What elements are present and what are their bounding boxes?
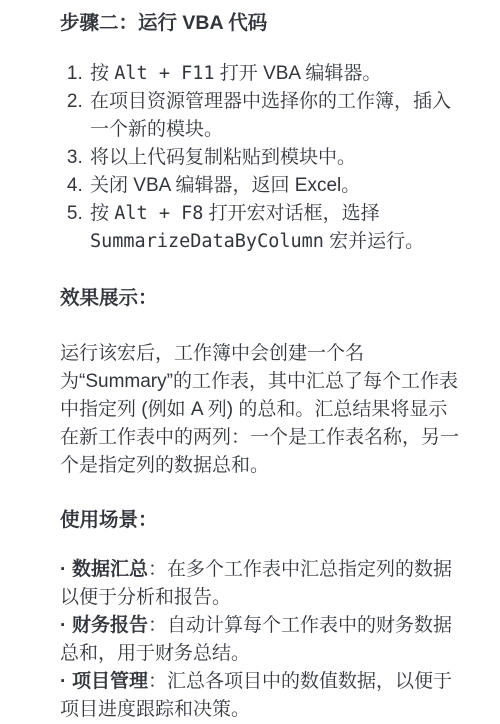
- section-title-usage: 使用场景：: [60, 506, 460, 534]
- section-title-effect: 效果展示：: [60, 284, 460, 312]
- step-text: 打开 VBA 编辑器。: [215, 63, 382, 84]
- use-cases-list: 数据汇总：在多个工作表中汇总指定列的数据以便于分析和报告。 财务报告：自动计算每…: [60, 556, 460, 724]
- effect-paragraph: 运行该宏后，工作簿中会创建一个名为“Summary”的工作表，其中汇总了每个工作…: [60, 340, 460, 480]
- step-item-5: 按 Alt + F8 打开宏对话框，选择 SummarizeDataByColu…: [88, 200, 460, 256]
- use-case-item-project-management: 项目管理：汇总各项目中的数值数据，以便于项目进度跟踪和决策。: [60, 668, 460, 724]
- use-case-term: 财务报告: [72, 615, 148, 636]
- step-text: 打开宏对话框，选择: [203, 203, 379, 224]
- step-item-3: 将以上代码复制粘贴到模块中。: [88, 144, 460, 172]
- inline-code-alt-f11: Alt + F11: [114, 63, 214, 84]
- inline-code-alt-f8: Alt + F8: [114, 203, 203, 224]
- section-title-step2: 步骤二：运行 VBA 代码: [60, 9, 460, 37]
- step-item-4: 关闭 VBA 编辑器，返回 Excel。: [88, 172, 460, 200]
- step-text: 在项目资源管理器中选择你的工作簿，插入一个新的模块。: [90, 91, 451, 140]
- use-case-term: 项目管理: [72, 671, 148, 692]
- inline-code-macro-name: SummarizeDataByColumn: [90, 231, 324, 252]
- step-text: 按: [90, 203, 114, 224]
- step-item-1: 按 Alt + F11 打开 VBA 编辑器。: [88, 60, 460, 88]
- step-text: 宏并运行。: [324, 231, 424, 252]
- step-text: 关闭 VBA 编辑器，返回 Excel。: [90, 175, 360, 196]
- article: 步骤二：运行 VBA 代码 按 Alt + F11 打开 VBA 编辑器。 在项…: [0, 0, 500, 724]
- step-text: 按: [90, 63, 114, 84]
- use-case-item-financial-report: 财务报告：自动计算每个工作表中的财务数据总和，用于财务总结。: [60, 612, 460, 668]
- use-case-term: 数据汇总: [72, 559, 148, 580]
- steps-list: 按 Alt + F11 打开 VBA 编辑器。 在项目资源管理器中选择你的工作簿…: [60, 60, 460, 256]
- step-item-2: 在项目资源管理器中选择你的工作簿，插入一个新的模块。: [88, 88, 460, 144]
- use-case-item-data-summary: 数据汇总：在多个工作表中汇总指定列的数据以便于分析和报告。: [60, 556, 460, 612]
- step-text: 将以上代码复制粘贴到模块中。: [90, 147, 356, 168]
